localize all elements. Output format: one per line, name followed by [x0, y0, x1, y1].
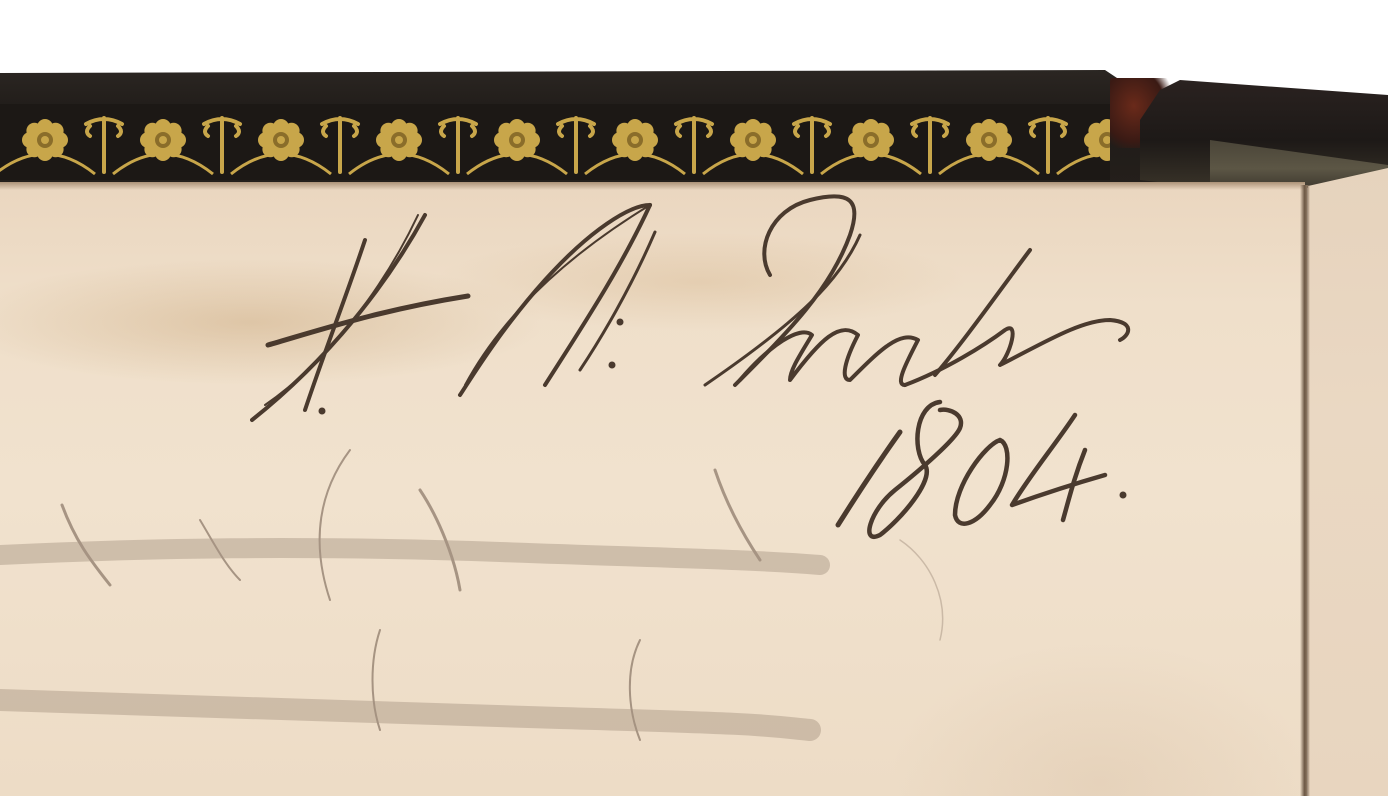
- flyleaf-page: [0, 182, 1305, 796]
- gilt-floral-border: [0, 104, 1110, 180]
- page-gutter: [1300, 185, 1310, 796]
- facing-page: [1308, 168, 1388, 796]
- book-photo: H. M: Thrale 1804.: [0, 0, 1388, 796]
- page-top-edge: [0, 182, 1305, 190]
